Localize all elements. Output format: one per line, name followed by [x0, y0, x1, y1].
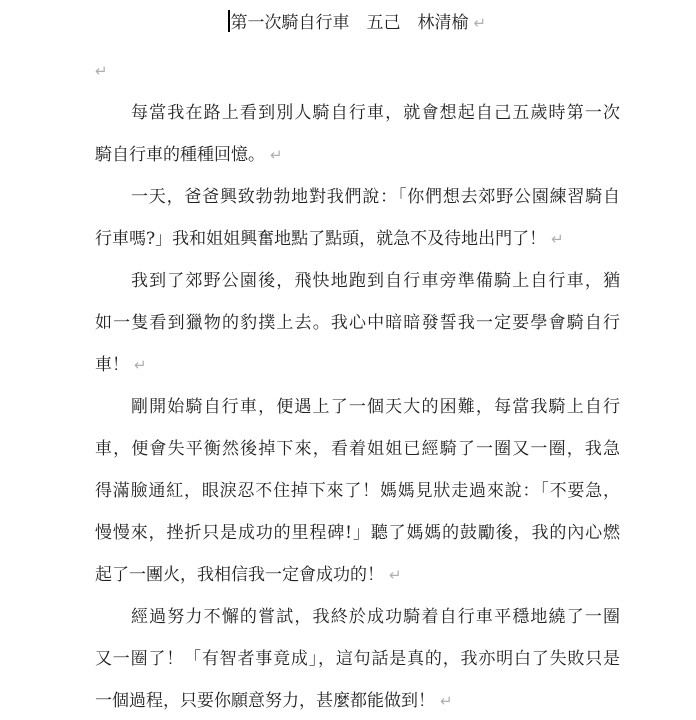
- text-line[interactable]: 每當我在路上看到別人騎自行車，就會想起自己五歲時第一次: [95, 92, 620, 134]
- text-line[interactable]: 剛開始騎自行車，便遇上了一個天大的困難，每當我騎上自行: [95, 386, 620, 428]
- text-line[interactable]: 一個過程，只要你願意努力，甚麼都能做到！↵: [95, 680, 620, 720]
- empty-line[interactable]: ↵: [95, 50, 620, 92]
- text-line[interactable]: 車，便會失平衡然後掉下來，看着姐姐已經騎了一圈又一圈，我急: [95, 428, 620, 470]
- text-cursor: [228, 10, 230, 32]
- line-text: 車！: [95, 355, 129, 375]
- text-line[interactable]: 車！↵: [95, 344, 620, 386]
- line-text: 又一圈了！「有智者事竟成」，這句話是真的，我亦明白了失敗只是: [95, 638, 620, 680]
- line-text: 慢慢來，挫折只是成功的里程碑!」聽了媽媽的鼓勵後，我的內心燃: [95, 512, 620, 554]
- paragraph-mark-icon: ↵: [551, 230, 564, 248]
- line-text: 剛開始騎自行車，便遇上了一個天大的困難，每當我騎上自行: [95, 386, 620, 428]
- text-line[interactable]: 騎自行車的種種回憶。↵: [95, 134, 620, 176]
- line-text: 我到了郊野公園後，飛快地跑到自行車旁準備騎上自行車，猶: [95, 260, 620, 302]
- line-text: 車，便會失平衡然後掉下來，看着姐姐已經騎了一圈又一圈，我急: [95, 428, 620, 470]
- document-body: ↵每當我在路上看到別人騎自行車，就會想起自己五歲時第一次騎自行車的種種回憶。↵一…: [95, 50, 696, 720]
- text-line[interactable]: 如一隻看到獵物的豹撲上去。我心中暗暗發誓我一定要學會騎自行: [95, 302, 620, 344]
- line-text: 騎自行車的種種回憶。: [95, 145, 265, 165]
- text-line[interactable]: 又一圈了！「有智者事竟成」，這句話是真的，我亦明白了失敗只是: [95, 638, 620, 680]
- line-text: 行車嗎?」我和姐姐興奮地點了點頭，就急不及待地出門了！: [95, 229, 546, 249]
- line-text: 得滿臉通紅，眼淚忍不住掉下來了！媽媽見狀走過來說：「不要急，: [95, 470, 620, 512]
- paragraph-mark-icon: ↵: [474, 14, 487, 32]
- paragraph-mark-icon: ↵: [95, 62, 108, 80]
- line-text: 如一隻看到獵物的豹撲上去。我心中暗暗發誓我一定要學會騎自行: [95, 302, 620, 344]
- document-title: 第一次騎自行車 五己 林清榆: [231, 13, 469, 33]
- line-text: 經過努力不懈的嘗試，我終於成功騎着自行車平穩地繞了一圈: [95, 596, 620, 638]
- text-line[interactable]: 起了一團火，我相信我一定會成功的！↵: [95, 554, 620, 596]
- text-line[interactable]: 行車嗎?」我和姐姐興奮地點了點頭，就急不及待地出門了！↵: [95, 218, 620, 260]
- text-line[interactable]: 經過努力不懈的嘗試，我終於成功騎着自行車平穩地繞了一圈: [95, 596, 620, 638]
- text-line[interactable]: 得滿臉通紅，眼淚忍不住掉下來了！媽媽見狀走過來說：「不要急，: [95, 470, 620, 512]
- line-text: 起了一團火，我相信我一定會成功的！: [95, 565, 384, 585]
- line-text: 一個過程，只要你願意努力，甚麼都能做到！: [95, 691, 435, 711]
- text-line[interactable]: 一天，爸爸興致勃勃地對我們說：「你們想去郊野公園練習騎自: [95, 176, 620, 218]
- document-page[interactable]: 第一次騎自行車 五己 林清榆↵ ↵每當我在路上看到別人騎自行車，就會想起自己五歲…: [0, 0, 696, 720]
- text-line[interactable]: 我到了郊野公園後，飛快地跑到自行車旁準備騎上自行車，猶: [95, 260, 620, 302]
- paragraph-mark-icon: ↵: [134, 356, 147, 374]
- line-text: 一天，爸爸興致勃勃地對我們說：「你們想去郊野公園練習騎自: [95, 176, 620, 218]
- text-line[interactable]: 慢慢來，挫折只是成功的里程碑!」聽了媽媽的鼓勵後，我的內心燃: [95, 512, 620, 554]
- paragraph-mark-icon: ↵: [270, 146, 283, 164]
- paragraph-mark-icon: ↵: [389, 566, 402, 584]
- document-title-line[interactable]: 第一次騎自行車 五己 林清榆↵: [95, 8, 696, 50]
- line-text: 每當我在路上看到別人騎自行車，就會想起自己五歲時第一次: [95, 92, 620, 134]
- paragraph-mark-icon: ↵: [440, 692, 453, 710]
